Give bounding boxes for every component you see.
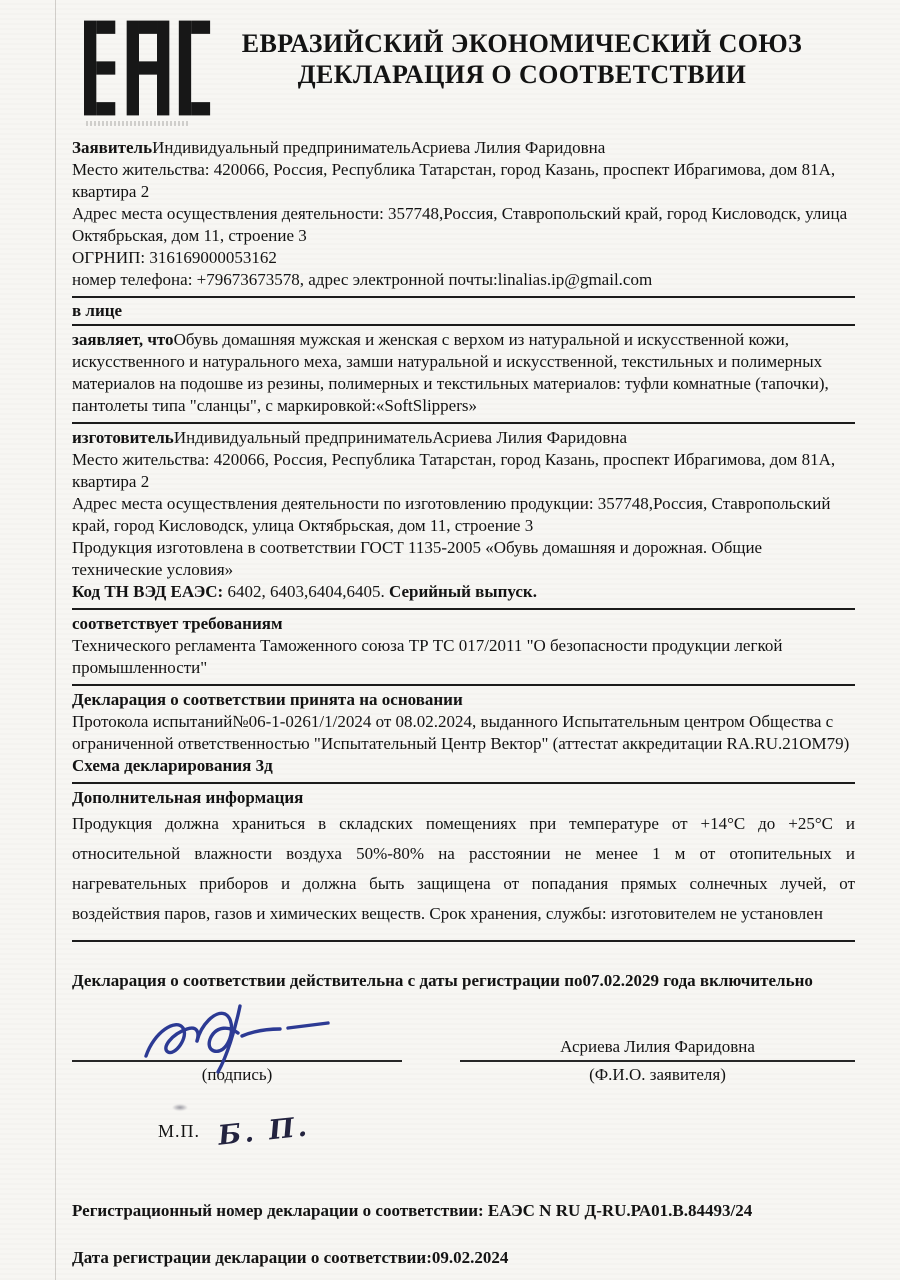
compliance-heading: соответствует требованиям bbox=[72, 613, 855, 635]
stamp-place-label: М.П. bbox=[158, 1121, 200, 1142]
handwritten-initials: Б. П. bbox=[217, 1111, 312, 1151]
handwritten-signature-icon bbox=[130, 998, 360, 1074]
signature-left-column: (подпись) bbox=[72, 1006, 402, 1086]
applicant-fio: Асриева Лилия Фаридовна bbox=[460, 1036, 855, 1060]
fio-caption: (Ф.И.О. заявителя) bbox=[460, 1062, 855, 1086]
claim-section: заявляет, чтоОбувь домашняя мужская и же… bbox=[72, 326, 855, 424]
registration-number-line: Регистрационный номер декларации о соотв… bbox=[72, 1199, 855, 1222]
document-title: ЕВРАЗИЙСКИЙ ЭКОНОМИЧЕСКИЙ СОЮЗ ДЕКЛАРАЦИ… bbox=[214, 28, 860, 90]
manufacturer-section: изготовительИндивидуальный предпринимате… bbox=[72, 424, 855, 610]
compliance-text: Технического регламента Таможенного союз… bbox=[72, 635, 855, 679]
tnved-codes: 6402, 6403,6404,6405. bbox=[223, 582, 389, 601]
declaration-document-page: ЕВРАЗИЙСКИЙ ЭКОНОМИЧЕСКИЙ СОЮЗ ДЕКЛАРАЦИ… bbox=[0, 0, 900, 1280]
applicant-line: ЗаявительИндивидуальный предпринимательА… bbox=[72, 137, 855, 159]
tnved-label: Код ТН ВЭД ЕАЭС: bbox=[72, 582, 223, 601]
applicant-section: ЗаявительИндивидуальный предпринимательА… bbox=[72, 134, 855, 298]
compliance-section: соответствует требованиям Технического р… bbox=[72, 610, 855, 686]
basis-text: Протокола испытаний№06-1-0261/1/2024 от … bbox=[72, 711, 855, 755]
eac-logo-fineprint bbox=[86, 121, 190, 126]
applicant-name: Индивидуальный предпринимательАсриева Ли… bbox=[152, 138, 605, 157]
manufacturer-line: изготовительИндивидуальный предпринимате… bbox=[72, 427, 855, 449]
claim-text: Обувь домашняя мужская и женская с верхо… bbox=[72, 330, 829, 415]
manufacturer-residence: Место жительства: 420066, Россия, Респуб… bbox=[72, 449, 855, 493]
in-person-section: в лице bbox=[72, 298, 855, 326]
manufacturer-gost: Продукция изготовлена в соответствии ГОС… bbox=[72, 537, 855, 581]
registration-date-line: Дата регистрации декларации о соответств… bbox=[72, 1246, 855, 1269]
basis-section: Декларация о соответствии принята на осн… bbox=[72, 686, 855, 784]
applicant-residence: Место жительства: 420066, Россия, Респуб… bbox=[72, 159, 855, 203]
eac-mark-icon bbox=[84, 20, 212, 116]
in-person-label: в лице bbox=[72, 300, 855, 321]
manufacturer-label: изготовитель bbox=[72, 428, 174, 447]
basis-heading: Декларация о соответствии принята на осн… bbox=[72, 689, 855, 711]
claim-paragraph: заявляет, чтоОбувь домашняя мужская и же… bbox=[72, 329, 855, 417]
applicant-activity-address: Адрес места осуществления деятельности: … bbox=[72, 203, 855, 247]
eac-logo bbox=[84, 20, 214, 126]
applicant-ogrnip: ОГРНИП: 316169000053162 bbox=[72, 247, 855, 269]
signature-block: (подпись) Асриева Лилия Фаридовна (Ф.И.О… bbox=[72, 1006, 855, 1086]
tnved-line: Код ТН ВЭД ЕАЭС: 6402, 6403,6404,6405. С… bbox=[72, 581, 855, 603]
document-header: ЕВРАЗИЙСКИЙ ЭКОНОМИЧЕСКИЙ СОЮЗ ДЕКЛАРАЦИ… bbox=[0, 0, 900, 130]
ink-smudge bbox=[172, 1104, 188, 1111]
applicant-label: Заявитель bbox=[72, 138, 152, 157]
additional-info-text: Продукция должна храниться в складских п… bbox=[72, 809, 855, 935]
signature-right-column: Асриева Лилия Фаридовна (Ф.И.О. заявител… bbox=[460, 1006, 855, 1086]
additional-info-heading: Дополнительная информация bbox=[72, 787, 855, 809]
title-line-2: ДЕКЛАРАЦИЯ О СООТВЕТСТВИИ bbox=[214, 59, 830, 90]
title-line-1: ЕВРАЗИЙСКИЙ ЭКОНОМИЧЕСКИЙ СОЮЗ bbox=[214, 28, 830, 59]
declaration-scheme: Схема декларирования 3д bbox=[72, 755, 855, 777]
additional-info-section: Дополнительная информация Продукция долж… bbox=[72, 784, 855, 942]
validity-statement: Декларация о соответствии действительна … bbox=[72, 970, 855, 992]
document-body: ЗаявительИндивидуальный предпринимательА… bbox=[72, 134, 855, 942]
claim-label: заявляет, что bbox=[72, 330, 174, 349]
manufacturer-production-address: Адрес места осуществления деятельности п… bbox=[72, 493, 855, 537]
applicant-contacts: номер телефона: +79673673578, адрес элек… bbox=[72, 269, 855, 291]
serial-issue-label: Серийный выпуск. bbox=[389, 582, 537, 601]
manufacturer-name: Индивидуальный предпринимательАсриева Ли… bbox=[174, 428, 627, 447]
stamp-row: М.П. Б. П. bbox=[158, 1116, 900, 1147]
